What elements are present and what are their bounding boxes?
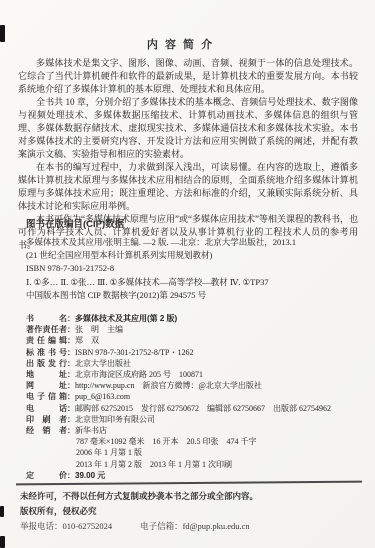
colon: ： bbox=[67, 392, 75, 401]
rights-reserved-notice: 版权所有，侵权必究 bbox=[20, 504, 360, 519]
cip-line: (21 世纪全国应用型本科计算机系列实用规划教材) bbox=[26, 249, 356, 262]
field-label: 电话 bbox=[26, 403, 67, 414]
field-value: pup_6@163.com bbox=[75, 392, 130, 401]
report-contact-line: 举报电话：010-62752024电子信箱：fd@pup.pku.edu.cn bbox=[20, 519, 360, 534]
colophon-row-website: 网址：http://www.pup.cn 新浪官方微博：@北京大学出版社 bbox=[26, 380, 362, 391]
colon: ： bbox=[67, 381, 75, 390]
field-label: 印刷者 bbox=[26, 414, 67, 425]
summary-paragraph: 在本书的编写过程中，力求做到深入浅出，可读易懂。在内容的选取上，遵循多媒体计算机… bbox=[18, 161, 358, 213]
cip-block: 图书在版编目(CIP)数据 多媒体技术及其应用/张明主编. —2 版. —北京：… bbox=[26, 216, 356, 302]
field-label: 责任编辑 bbox=[26, 335, 67, 346]
cip-heading: 图书在版编目(CIP)数据 bbox=[26, 216, 356, 230]
content-summary-title: 内 容 简 介 bbox=[0, 36, 361, 52]
colophon-row-title: 书名：多媒体技术及其应用(第 2 版) bbox=[26, 313, 362, 324]
cip-line: ISBN 978-7-301-21752-8 bbox=[26, 262, 356, 275]
field-label: 定价 bbox=[26, 470, 67, 481]
colon: ： bbox=[67, 359, 75, 368]
colophon-row-address: 地址：北京市海淀区成府路 205 号 100871 bbox=[26, 369, 362, 380]
price-value: 39.00 元 bbox=[75, 471, 105, 480]
field-value: ISBN 978-7-301-21752-8/TP・1262 bbox=[75, 348, 193, 357]
field-value: 郑 双 bbox=[75, 336, 99, 345]
colon: ： bbox=[67, 336, 75, 345]
scanned-copyright-page: 内 容 简 介 多媒体技术是集文字、图形、图像、动画、音频、视频于一体的信息处理… bbox=[0, 0, 375, 548]
colophon-row-author: 著作责任者：张 明 主编 bbox=[26, 324, 362, 335]
field-label: 地址 bbox=[26, 369, 67, 380]
cip-line: Ⅰ. ①多… Ⅱ. ①张… Ⅲ. ①多媒体技术—高等学校—教材 Ⅳ. ①TP37 bbox=[26, 276, 356, 289]
colophon-row-printer: 印刷者：北京世知印务有限公司 bbox=[26, 414, 362, 425]
copy-prohibition-notice: 未经许可，不得以任何方式复制或抄袭本书之部分或全部内容。 bbox=[20, 489, 360, 504]
report-email: 电子信箱：fd@pup.pku.edu.cn bbox=[140, 521, 250, 531]
colon: ： bbox=[67, 314, 75, 323]
field-label: 经销者 bbox=[26, 425, 67, 436]
field-value: 北京市海淀区成府路 205 号 100871 bbox=[75, 370, 203, 379]
colophon-row-price: 定价：39.00 元 bbox=[26, 470, 362, 481]
field-value: 邮购部 62752015 发行部 62750672 编辑部 62750667 出… bbox=[75, 404, 331, 413]
field-value: 北京世知印务有限公司 bbox=[75, 415, 155, 424]
field-label: 电子信箱 bbox=[26, 391, 67, 402]
field-value: 多媒体技术及其应用(第 2 版) bbox=[75, 314, 177, 323]
cip-line: 中国版本图书馆 CIP 数据核字(2012)第 294575 号 bbox=[26, 289, 356, 302]
colophon-block: 书名：多媒体技术及其应用(第 2 版) 著作责任者：张 明 主编 责任编辑：郑 … bbox=[26, 313, 362, 481]
field-value: 新华书店 bbox=[75, 426, 107, 435]
summary-paragraph: 多媒体技术是集文字、图形、图像、动画、音频、视频于一体的信息处理技术。它综合了当… bbox=[18, 57, 358, 96]
colon: ： bbox=[67, 404, 75, 413]
colophon-row-distributor: 经销者：新华书店 bbox=[26, 425, 362, 436]
field-value: 张 明 主编 bbox=[75, 325, 123, 334]
colophon-row-publisher: 出版发行：北京大学出版社 bbox=[26, 358, 362, 369]
colon: ： bbox=[67, 426, 75, 435]
field-label: 网址 bbox=[26, 380, 67, 391]
colophon-row-phone: 电话：邮购部 62752015 发行部 62750672 编辑部 6275066… bbox=[26, 403, 362, 414]
colon: ： bbox=[67, 471, 75, 480]
field-value: 北京大学出版社 bbox=[75, 359, 131, 368]
field-label: 书名 bbox=[26, 313, 67, 324]
print-run-line: 2013 年 1 月第 2 版 2013 年 1 月第 1 次印刷 bbox=[76, 459, 362, 470]
scan-artifact bbox=[0, 506, 4, 517]
summary-paragraph: 全书共 10 章，分别介绍了多媒体技术的基本概念、音频信号处理技术、数字图像与视… bbox=[18, 96, 358, 161]
field-value: http://www.pup.cn 新浪官方微博：@北京大学出版社 bbox=[75, 381, 262, 390]
report-phone: 举报电话：010-62752024 bbox=[20, 521, 112, 531]
field-label: 出版发行 bbox=[26, 358, 67, 369]
field-label: 著作责任者 bbox=[26, 324, 67, 335]
scan-artifact bbox=[0, 536, 5, 548]
colophon-row-email: 电子信箱：pup_6@163.com bbox=[26, 391, 362, 402]
colophon-row-editor: 责任编辑：郑 双 bbox=[26, 335, 362, 346]
cip-line: 多媒体技术及其应用/张明主编. —2 版. —北京：北京大学出版社，2013.1 bbox=[26, 236, 356, 249]
copyright-notice-block: 未经许可，不得以任何方式复制或抄袭本书之部分或全部内容。 版权所有，侵权必究 举… bbox=[20, 489, 360, 534]
divider-rule bbox=[16, 481, 362, 485]
print-spec-line: 787 毫米×1092 毫米 16 开本 20.5 印张 474 千字 bbox=[76, 436, 362, 447]
colophon-row-isbn: 标准书号：ISBN 978-7-301-21752-8/TP・1262 bbox=[26, 347, 362, 358]
colon: ： bbox=[67, 325, 75, 334]
colon: ： bbox=[67, 415, 75, 424]
print-edition-line: 2006 年 1 月第 1 版 bbox=[76, 447, 362, 458]
colon: ： bbox=[67, 348, 75, 357]
field-label: 标准书号 bbox=[26, 347, 67, 358]
colon: ： bbox=[67, 370, 75, 379]
